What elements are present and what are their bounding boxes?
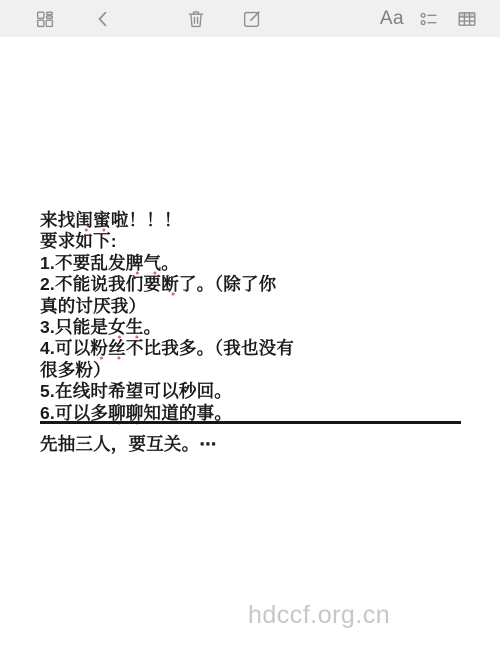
chevron-left-icon xyxy=(92,8,114,30)
note-line: 4.可以粉丝不比我多。（我也没有 xyxy=(40,338,465,359)
compose-button[interactable] xyxy=(237,4,267,34)
grid-view-button[interactable] xyxy=(30,4,60,34)
spellcheck-marked-text: 脾气 xyxy=(126,253,161,275)
spellcheck-marked-text: 女生 xyxy=(108,317,143,339)
note-line: 要求如下: xyxy=(40,231,465,252)
table-button[interactable] xyxy=(452,4,482,34)
note-line: 1.不要乱发脾气。 xyxy=(40,253,465,274)
note-line: 来找闺蜜啦！！！ xyxy=(40,210,465,231)
table-icon xyxy=(456,8,478,30)
text-format-button[interactable]: Aa xyxy=(377,4,407,34)
note-line: 3.只能是女生。 xyxy=(40,317,465,338)
text-format-icon: Aa xyxy=(380,8,404,30)
grid-view-icon xyxy=(34,8,56,30)
note-line: 真的讨厌我） xyxy=(40,296,465,317)
toolbar: Aa xyxy=(0,0,500,37)
back-button[interactable] xyxy=(88,4,118,34)
checklist-button[interactable] xyxy=(414,4,444,34)
note-text: 来找闺蜜啦！！！要求如下:1.不要乱发脾气。2.不能说我们要断了。（除了你真的讨… xyxy=(40,210,465,424)
checklist-icon xyxy=(418,8,440,30)
delete-button[interactable] xyxy=(181,4,211,34)
watermark: hdccf.org.cn xyxy=(248,601,390,630)
divider-line xyxy=(40,421,461,424)
spellcheck-marked-text: 断 xyxy=(161,274,179,296)
note-line: 5.在线时希望可以秒回。 xyxy=(40,381,465,402)
note-line: 2.不能说我们要断了。（除了你 xyxy=(40,274,465,295)
trash-icon xyxy=(185,8,207,30)
spellcheck-marked-text: 粉丝 xyxy=(90,338,125,360)
note-footer-text: 先抽三人，要互关。⋯ xyxy=(40,433,217,455)
compose-icon xyxy=(241,8,263,30)
notes-app-screen: Aa 来找闺蜜啦！！！要求如下:1.不要乱发脾气。2.不能说我们要断了。（除了你… xyxy=(0,0,500,653)
spellcheck-marked-text: 闺蜜 xyxy=(75,210,110,232)
note-line: 很多粉） xyxy=(40,360,465,381)
